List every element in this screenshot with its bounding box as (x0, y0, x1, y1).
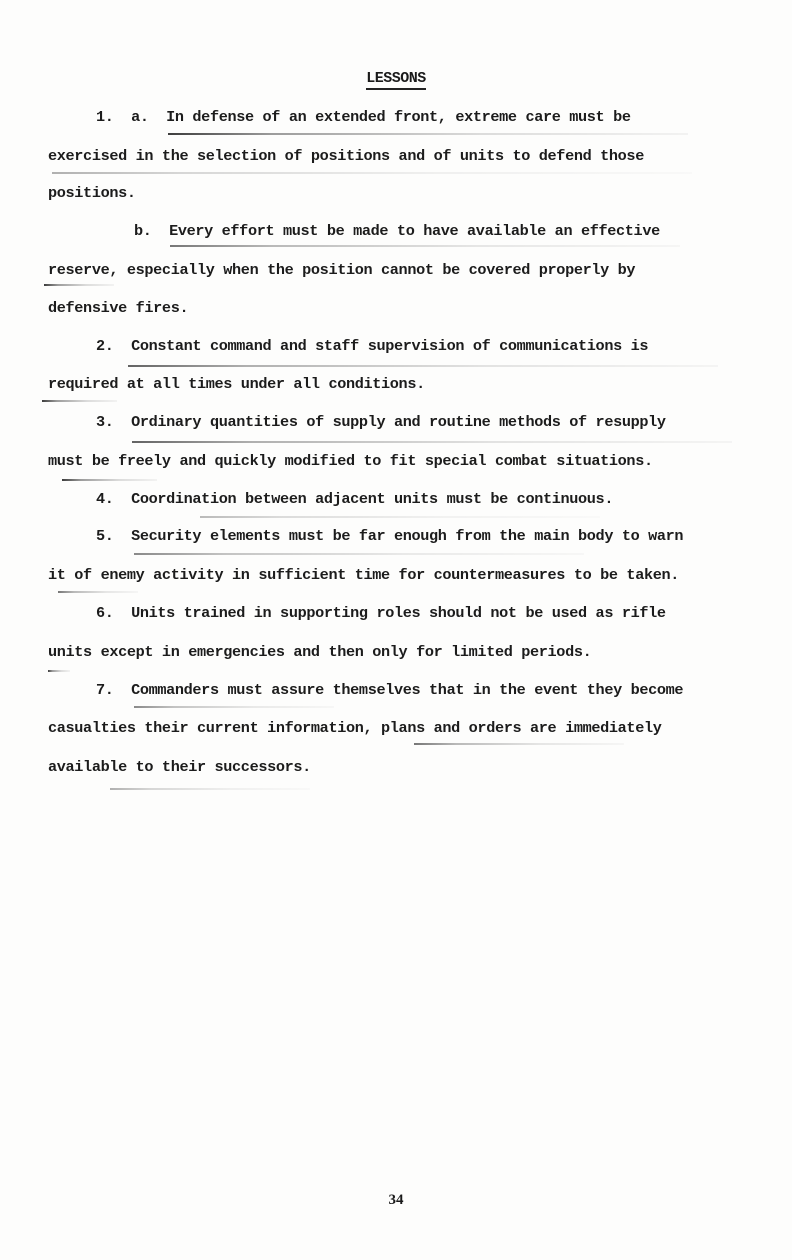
lesson-sub-letter: b. (134, 222, 152, 240)
ink-smudge (52, 172, 692, 174)
ink-smudge (42, 400, 117, 402)
lesson-text: Ordinary quantities of supply and routin… (131, 413, 666, 431)
ink-smudge (132, 441, 732, 443)
ink-smudge (414, 743, 624, 745)
lesson-text: Security elements must be far enough fro… (131, 527, 683, 545)
lesson-7-line-3: available to their successors. (48, 758, 311, 776)
lesson-number: 7. (96, 681, 114, 699)
lesson-3-line-1: 3. Ordinary quantities of supply and rou… (96, 413, 666, 431)
ink-smudge (62, 479, 157, 481)
ink-smudge (134, 553, 584, 555)
lesson-text: Commanders must assure themselves that i… (131, 681, 683, 699)
page-number: 34 (0, 1192, 792, 1209)
lesson-2-line-2: required at all times under all conditio… (48, 375, 425, 393)
ink-smudge (110, 788, 310, 790)
lesson-sub-letter: a. (131, 108, 149, 126)
lesson-6-line-1: 6. Units trained in supporting roles sho… (96, 604, 666, 622)
lesson-text: Units trained in supporting roles should… (131, 604, 666, 622)
ink-smudge (134, 706, 334, 708)
lesson-6-line-2: units except in emergencies and then onl… (48, 643, 591, 661)
ink-smudge (44, 284, 114, 286)
lesson-number: 5. (96, 527, 114, 545)
lesson-4-line-1: 4. Coordination between adjacent units m… (96, 490, 613, 508)
title-text: LESSONS (366, 70, 426, 90)
lesson-2-line-1: 2. Constant command and staff supervisio… (96, 337, 648, 355)
lesson-1a-line-2: exercised in the selection of positions … (48, 147, 644, 165)
lesson-text: In defense of an extended front, extreme… (166, 108, 631, 126)
lesson-1b-line-3: defensive fires. (48, 299, 188, 317)
ink-smudge (170, 245, 680, 247)
lesson-number: 4. (96, 490, 114, 508)
lesson-5-line-2: it of enemy activity in sufficient time … (48, 566, 679, 584)
ink-smudge (128, 365, 718, 367)
lesson-3-line-2: must be freely and quickly modified to f… (48, 452, 653, 470)
ink-smudge (58, 591, 138, 593)
lesson-number: 3. (96, 413, 114, 431)
ink-smudge (200, 516, 600, 518)
page-title: LESSONS (0, 70, 792, 87)
lesson-1b-line-1: b. Every effort must be made to have ava… (134, 222, 660, 240)
lesson-1a-line-1: 1. a. In defense of an extended front, e… (96, 108, 631, 126)
lesson-1a-line-3: positions. (48, 184, 136, 202)
lesson-1b-line-2: reserve, especially when the position ca… (48, 261, 635, 279)
lesson-number: 1. (96, 108, 114, 126)
lesson-number: 2. (96, 337, 114, 355)
lesson-text: Every effort must be made to have availa… (169, 222, 660, 240)
lesson-5-line-1: 5. Security elements must be far enough … (96, 527, 683, 545)
lesson-7-line-2: casualties their current information, pl… (48, 719, 661, 737)
document-page: LESSONS 1. a. In defense of an extended … (0, 0, 792, 1260)
lesson-text: Constant command and staff supervision o… (131, 337, 648, 355)
lesson-number: 6. (96, 604, 114, 622)
ink-smudge (48, 670, 70, 672)
ink-smudge (168, 133, 688, 135)
lesson-7-line-1: 7. Commanders must assure themselves tha… (96, 681, 683, 699)
lesson-text: Coordination between adjacent units must… (131, 490, 613, 508)
